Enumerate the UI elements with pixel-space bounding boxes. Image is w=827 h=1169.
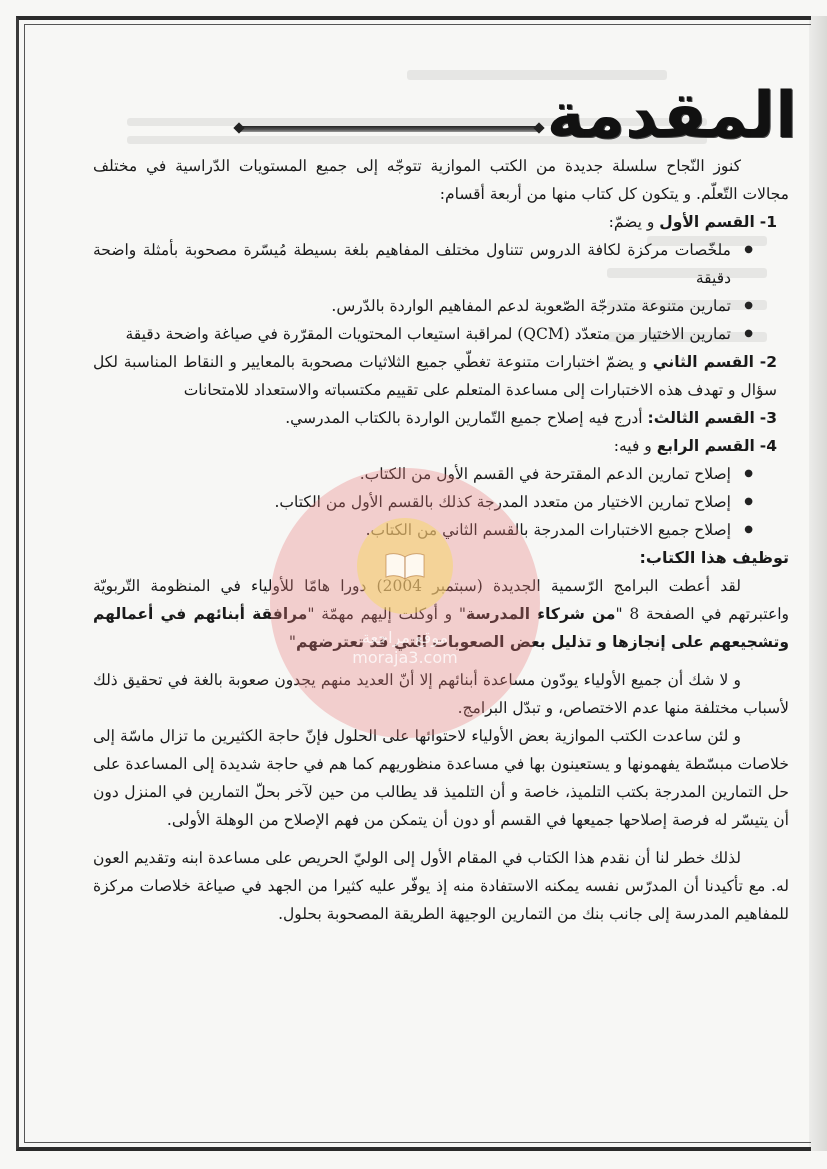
section-3-text: أدرج فيه إصلاح جميع التّمارين الواردة با… <box>285 409 647 427</box>
usage-paragraph-2: و لا شك أن جميع الأولياء يودّون مساعدة أ… <box>93 666 789 722</box>
section-1-bullets: ملخّصات مركزة لكافة الدروس تتناول مختلف … <box>93 236 789 348</box>
section-1-number: 1- <box>760 213 777 231</box>
usage-p1-end: " <box>289 633 296 651</box>
section-1-title: القسم الأول <box>659 213 755 231</box>
page-title: المقدمة <box>547 84 797 148</box>
document-body: كنوز النّجاح سلسلة جديدة من الكتب المواز… <box>93 152 789 928</box>
list-item: إصلاح تمارين الدعم المقترحة في القسم الأ… <box>93 460 753 488</box>
section-4-suffix: و فيه: <box>614 437 657 455</box>
section-3-heading: 3- القسم الثالث: أدرج فيه إصلاح جميع الت… <box>93 404 789 432</box>
usage-p1-quote-1: من شركاء المدرسة <box>466 605 616 623</box>
title-row: المقدمة <box>57 58 797 148</box>
section-4-title: القسم الرابع <box>657 437 755 455</box>
list-item: ملخّصات مركزة لكافة الدروس تتناول مختلف … <box>93 236 753 292</box>
list-item: تمارين متنوعة متدرجّة الصّعوبة لدعم المف… <box>93 292 753 320</box>
section-3-title: القسم الثالث: <box>648 409 755 427</box>
list-item: إصلاح جميع الاختبارات المدرجة بالقسم الث… <box>93 516 753 544</box>
list-item: إصلاح تمارين الاختيار من متعدد المدرجة ك… <box>93 488 753 516</box>
usage-heading: توظيف هذا الكتاب: <box>93 544 789 572</box>
section-4-number: 4- <box>760 437 777 455</box>
section-2-heading: 2- القسم الثاني و يضمّ اختبارات متنوعة ت… <box>93 348 789 404</box>
section-4-bullets: إصلاح تمارين الدعم المقترحة في القسم الأ… <box>93 460 789 544</box>
section-2-title: القسم الثاني <box>653 353 754 371</box>
usage-paragraph-3: و لئن ساعدت الكتب الموازية بعض الأولياء … <box>93 722 789 834</box>
page-edge-shadow <box>809 16 827 1151</box>
section-1-suffix: و يضمّ: <box>609 213 660 231</box>
intro-paragraph: كنوز النّجاح سلسلة جديدة من الكتب المواز… <box>93 152 789 208</box>
usage-paragraph-4: لذلك خطر لنا أن نقدم هذا الكتاب في المقا… <box>93 844 789 928</box>
section-2-number: 2- <box>760 353 777 371</box>
usage-p1-mid: " و أوكلت إليهم مهمّة " <box>307 605 466 623</box>
usage-paragraph-1: لقد أعطت البرامج الرّسمية الجديدة (سبتمب… <box>93 572 789 656</box>
section-1-heading: 1- القسم الأول و يضمّ: <box>93 208 789 236</box>
section-4-heading: 4- القسم الرابع و فيه: <box>93 432 789 460</box>
section-3-number: 3- <box>760 409 777 427</box>
list-item: تمارين الاختيار من متعدّد (QCM) لمراقبة … <box>93 320 753 348</box>
title-underline-rule <box>239 126 539 132</box>
